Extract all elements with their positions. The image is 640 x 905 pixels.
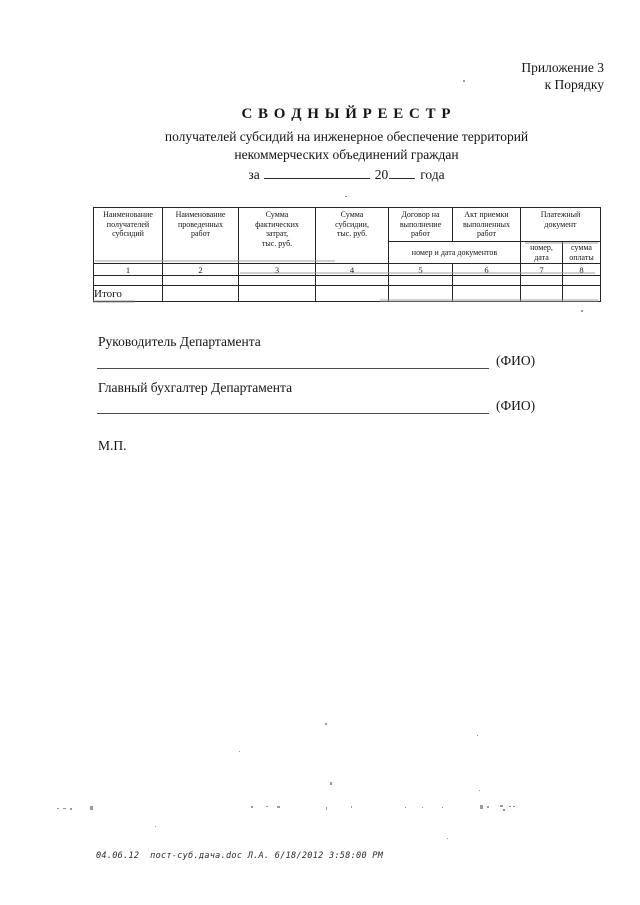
scan-noise-dot <box>70 808 72 810</box>
empty-cell <box>316 286 389 302</box>
period-year-blank <box>389 165 415 179</box>
fio-caption: (ФИО) <box>496 398 535 414</box>
empty-cell <box>163 286 239 302</box>
fio-caption: (ФИО) <box>496 353 535 369</box>
scan-noise-dot <box>477 735 478 736</box>
period-line: за20года <box>93 165 600 183</box>
signature-label-accountant: Главный бухгалтер Департамента <box>98 380 292 396</box>
scan-noise-dot <box>239 751 240 752</box>
scan-noise-dot <box>57 808 59 809</box>
scan-noise-dot <box>251 806 253 808</box>
document-footer-filename: 04.06.12 пост-суб.дача.doc Л.А. 6/18/201… <box>96 851 383 861</box>
stamp-place-label: М.П. <box>98 438 127 454</box>
column-number: 1 <box>94 264 163 276</box>
scan-smudge <box>525 242 598 244</box>
subheader-number-date: номер, дата <box>521 242 563 264</box>
signature-label-director: Руководитель Департамента <box>98 334 261 350</box>
period-prefix: за <box>248 167 259 182</box>
document-subtitle-2: некоммерческих объединений граждан <box>93 147 600 163</box>
document-title: С В О Д Н Ы Й Р Е Е С Т Р <box>93 106 600 123</box>
appendix-line-1: Приложение 3 <box>521 59 604 76</box>
period-suffix: года <box>420 167 444 182</box>
scan-noise-dot <box>351 806 352 808</box>
signature-row-director: (ФИО) <box>97 353 535 369</box>
column-number: 2 <box>163 264 239 276</box>
empty-cell <box>453 276 521 286</box>
empty-cell <box>521 276 563 286</box>
scan-smudge <box>240 272 595 274</box>
scan-noise-dot <box>447 838 448 839</box>
empty-cell <box>563 276 601 286</box>
scan-smudge <box>93 300 135 303</box>
empty-cell <box>163 276 239 286</box>
scan-noise-dot <box>63 808 66 809</box>
header-recipient-name: Наименование получателей субсидий <box>94 208 163 264</box>
scan-noise-dot <box>345 196 347 197</box>
scan-noise-dot <box>513 806 515 807</box>
scan-noise-dot <box>326 807 327 810</box>
empty-cell <box>239 286 316 302</box>
scan-noise-dot <box>487 806 489 808</box>
scan-noise-dot <box>266 806 268 807</box>
empty-cell <box>389 276 453 286</box>
header-work-name: Наименование проведенных работ <box>163 208 239 264</box>
scan-noise-dot <box>277 806 280 808</box>
scan-noise-dot <box>509 806 511 807</box>
scan-noise-dot <box>480 805 483 809</box>
header-payment-document: Платежный документ <box>521 208 601 242</box>
scan-noise-dot <box>90 806 93 810</box>
scan-noise-dot <box>442 807 443 808</box>
empty-data-row <box>94 276 601 286</box>
signature-row-accountant: (ФИО) <box>97 398 535 414</box>
appendix-line-2: к Порядку <box>521 76 604 93</box>
scan-noise-dot <box>581 310 583 312</box>
subheader-payment-sum: сумма оплаты <box>563 242 601 264</box>
register-table: Наименование получателей субсидий Наимен… <box>93 207 601 302</box>
empty-cell <box>94 276 163 286</box>
empty-cell <box>239 276 316 286</box>
scan-noise-dot <box>155 826 156 827</box>
header-subsidy-sum: Сумма субсидии, тыс. руб. <box>316 208 389 264</box>
scan-noise-dot <box>405 807 406 808</box>
scan-smudge <box>380 299 598 302</box>
scan-noise-dot <box>463 80 465 82</box>
scan-noise-dot <box>500 805 503 807</box>
period-year: 20 <box>375 167 389 182</box>
header-actual-costs: Сумма фактических затрат, тыс. руб. <box>239 208 316 264</box>
period-blank-line <box>264 165 370 179</box>
header-acceptance-act: Акт приемки выполненных работ <box>453 208 521 242</box>
signature-line <box>97 399 489 414</box>
scan-noise-dot <box>325 723 327 725</box>
scan-noise-dot <box>330 782 332 785</box>
empty-cell <box>316 276 389 286</box>
scan-smudge <box>95 260 335 262</box>
document-subtitle-1: получателей субсидий на инженерное обесп… <box>43 129 640 145</box>
header-work-contract: Договор на выполнение работ <box>389 208 453 242</box>
appendix-reference: Приложение 3 к Порядку <box>521 59 604 93</box>
scan-noise-dot <box>503 809 505 811</box>
signature-line <box>97 354 489 369</box>
scan-noise-dot <box>479 790 480 791</box>
subheader-doc-number-date: номер и дата документов <box>389 242 521 264</box>
scan-noise-dot <box>422 807 423 808</box>
